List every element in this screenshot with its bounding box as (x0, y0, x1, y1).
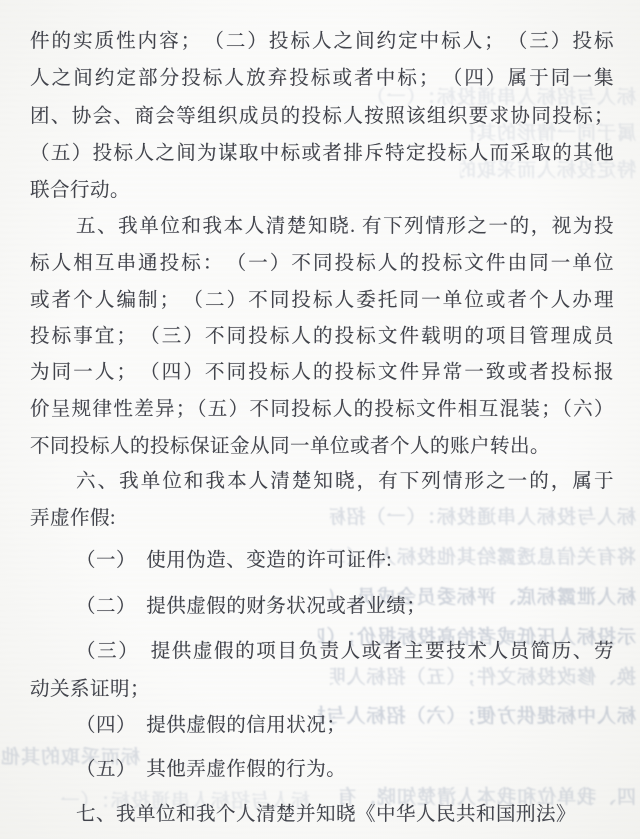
doc-line-17: （三） 提供虚假的项目负责人或者主要技术人员简历、劳 (30, 638, 614, 665)
doc-line-14: 弄虚作假: (30, 505, 614, 532)
doc-line-18: 动关系证明； (30, 676, 614, 703)
doc-line-1: 件的实质性内容； （二）投标人之间约定中标人； （三）投标 (30, 28, 614, 55)
doc-line-5: 联合行动。 (30, 177, 614, 204)
doc-line-10: 为同一人； （四）不同投标人的投标文件异常一致或者投标报 (30, 359, 614, 386)
doc-line-13: 六、我单位和我本人清楚知晓，有下列情形之一的，属于 (30, 468, 614, 495)
doc-line-15: （一） 使用伪造、变造的许可证件: (30, 547, 614, 574)
doc-line-11: 价呈规律性差异；（五）不同投标人的投标文件相互混装；（六） (30, 396, 614, 423)
doc-line-21: 七、我单位和我个人清楚并知晓《中华人民共和国刑法》 (30, 801, 614, 828)
doc-line-12: 不同投标人的投标保证金从同一单位或者个人的账户转出。 (30, 433, 614, 460)
doc-line-9: 投标事宜； （三）不同投标人的投标文件载明的项目管理成员 (30, 323, 614, 350)
document-text: 件的实质性内容； （二）投标人之间约定中标人； （三）投标 人之间约定部分投标人… (0, 0, 640, 839)
doc-line-4: （五）投标人之间为谋取中标或者排斥特定投标人而采取的其他 (30, 140, 614, 167)
doc-line-6: 五、我单位和我本人清楚知晓. 有下列情形之一的，视为投 (30, 213, 614, 240)
document-page: 标人与招标人串通投标：（一） 属于同一情形的其他行为 特定投标人而采取的其他 标… (0, 0, 640, 839)
doc-line-3: 团、协会、商会等组织成员的投标人按照该组织要求协同投标； (30, 103, 614, 130)
doc-line-2: 人之间约定部分投标人放弃投标或者中标； （四）属于同一集 (30, 65, 614, 92)
doc-line-20: （五） 其他弄虚作假的行为。 (30, 756, 614, 783)
doc-line-19: （四） 提供虚假的信用状况； (30, 712, 614, 739)
doc-line-16: （二） 提供虚假的财务状况或者业绩； (30, 593, 614, 620)
doc-line-7: 标人相互串通投标： （一）不同投标人的投标文件由同一单位 (30, 250, 614, 277)
doc-line-8: 或者个人编制； （二）不同投标人委托同一单位或者个人办理 (30, 287, 614, 314)
